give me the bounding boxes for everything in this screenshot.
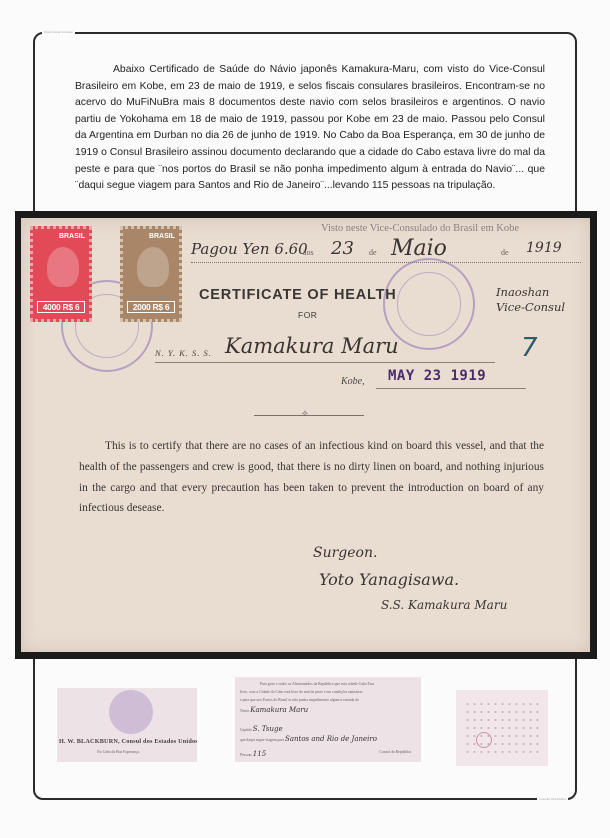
date-stamp: MAY 23 1919: [388, 368, 486, 384]
declaration-route: que daqui segue viagem para Santos and R…: [240, 735, 415, 743]
port-date-line: [376, 388, 526, 389]
surgeon-ship: S.S. Kamakura Maru: [381, 598, 507, 612]
seal-icon: [476, 732, 492, 748]
declaration-captain: Capitão S. Tsuge: [240, 725, 415, 733]
consul-title: Vice-Consul: [496, 300, 565, 315]
surgeon-signature: Yoto Yanagisawa.: [319, 570, 459, 589]
declaration-line: livre, com a Cidade do Cabo está livre d…: [240, 690, 415, 694]
surgeon-title: Surgeon.: [313, 545, 377, 561]
stamp-portrait-icon: [137, 247, 169, 287]
ornamental-divider: [254, 415, 364, 418]
stamp-value: 2000 R$ 6: [127, 301, 175, 313]
thumbnail-consul-location: No Cabo da Boa Esperança.: [97, 750, 140, 754]
intro-text: Abaixo Certificado de Saúde do Návio jap…: [75, 62, 545, 195]
ship-name: Kamakura Maru: [225, 334, 399, 358]
port-label: Kobe,: [341, 376, 365, 387]
stamp-portrait-icon: [47, 247, 79, 287]
frame-tag-bottom: Coleção MuFiNuBra: [537, 797, 568, 801]
thumbnail-consul-name: H. W. BLACKBURN, Consul dos Estados Unid…: [59, 738, 197, 745]
stamp-value: 4000 R$ 6: [37, 301, 85, 313]
certificate-of-health: BRASIL 4000 R$ 6 BRASIL 2000 R$ 6 Visto …: [21, 218, 590, 652]
stamp-4000: BRASIL 4000 R$ 6: [30, 226, 92, 322]
declaration-ship: Kamakura Maru: [250, 706, 308, 714]
certificate-body: This is to certify that there are no cas…: [79, 436, 544, 519]
declaration-line: Navio Kamakura Maru: [240, 706, 415, 714]
thumbnail-cape-declaration: Para gozo e todos os Almirantados da Rep…: [235, 677, 421, 762]
certificate-body-text: This is to certify that there are no cas…: [79, 436, 544, 519]
declaration-line: Para gozo e todos os Almirantados da Rep…: [240, 682, 415, 686]
consul-name: Inaoshan: [496, 285, 565, 300]
aos-label: aos: [303, 248, 314, 257]
declaration-crew: Pessoas 115 Consul da República: [240, 750, 415, 758]
document-text-pattern: [464, 700, 540, 758]
visa-date-line: Pagou Yen 6.60 aos 23 de Maio de 1919: [191, 240, 581, 263]
certificate-title: CERTIFICATE OF HEALTH: [199, 287, 397, 303]
ship-prefix: N. Y. K. S. S.: [155, 348, 212, 358]
declaration-label: Navio: [240, 709, 249, 713]
certificate-for: FOR: [298, 310, 317, 320]
consul-signature: Inaoshan Vice-Consul: [496, 285, 565, 315]
frame-tag-top: Brasil Fiscal Consular: [42, 30, 75, 34]
de-label: de: [369, 248, 377, 257]
seal-icon: [109, 690, 153, 734]
stamp-country: BRASIL: [59, 233, 85, 240]
stamp-country: BRASIL: [149, 233, 175, 240]
ship-line: N. Y. K. S. S. Kamakura Maru: [155, 340, 495, 363]
declaration-line: e para que nos Portos do Brasil se não p…: [240, 698, 415, 702]
reference-number: 7: [521, 333, 538, 363]
de-label: de: [501, 248, 509, 257]
visa-day: 23: [331, 238, 354, 259]
visa-month: Maio: [391, 236, 447, 261]
stamp-2000: BRASIL 2000 R$ 6: [120, 226, 182, 322]
intro-paragraph: Abaixo Certificado de Saúde do Návio jap…: [75, 62, 545, 195]
thumbnail-consul-blackburn: H. W. BLACKBURN, Consul dos Estados Unid…: [57, 688, 197, 762]
visto-text: Visto neste Vice-Consulado do Brasil em …: [321, 223, 519, 234]
thumbnail-document: [456, 690, 548, 766]
fee-paid: Pagou Yen 6.60: [191, 240, 308, 258]
visa-year: 1919: [526, 240, 562, 256]
